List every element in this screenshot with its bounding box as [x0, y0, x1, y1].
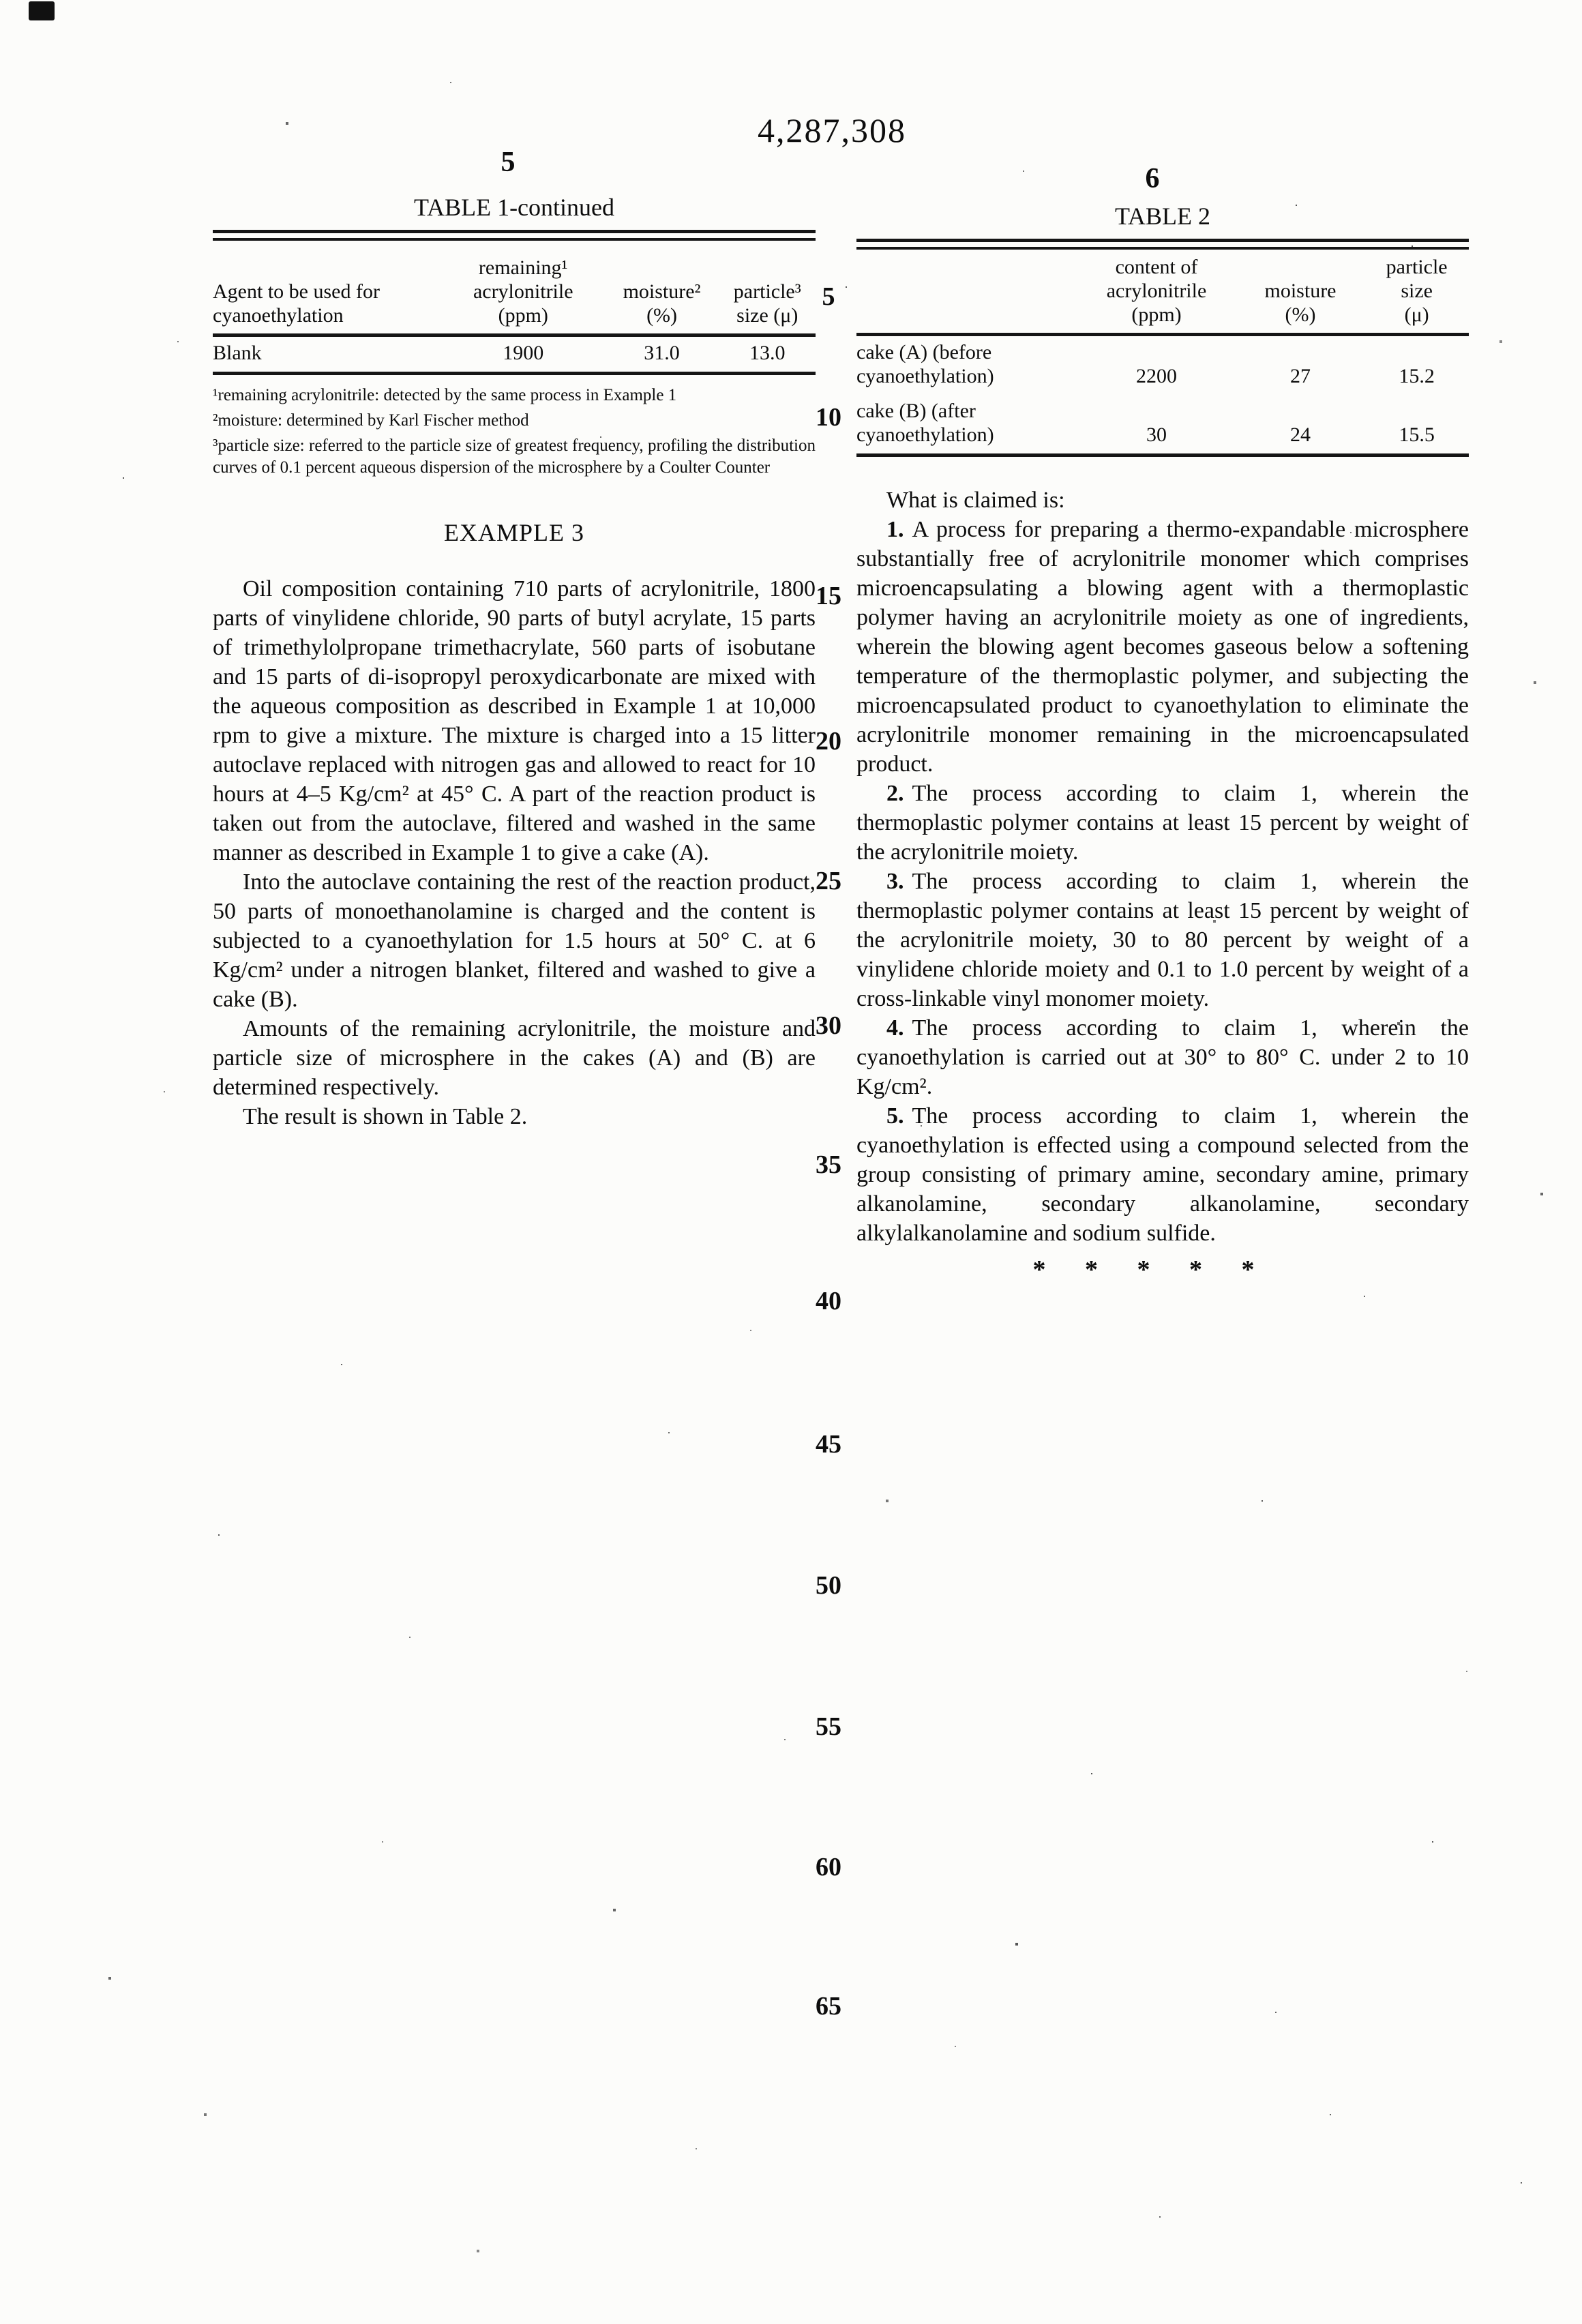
- claim-text: The process according to claim 1, wherei…: [856, 781, 1469, 865]
- table1-header-row: Agent to be used for cyanoethylation rem…: [213, 241, 816, 336]
- table1-header-line: cyanoethylation: [213, 303, 442, 327]
- claim-3: 3.The process according to claim 1, wher…: [856, 867, 1469, 1013]
- table1-header-moisture: moisture² (%): [605, 241, 719, 336]
- line-number: 65: [799, 1991, 858, 2021]
- table2: content of acrylonitrile (ppm) moisture …: [856, 250, 1469, 457]
- example3-paragraph: Oil composition containing 710 parts of …: [213, 574, 816, 867]
- claim-number: 3.: [886, 869, 912, 894]
- table2-header-acrylonitrile: content of acrylonitrile (ppm): [1077, 250, 1236, 335]
- line-number: 35: [799, 1150, 858, 1180]
- claims-intro: What is claimed is:: [856, 486, 1469, 515]
- table2-header-line: particle: [1364, 255, 1469, 279]
- claim-1: 1.A process for preparing a thermo-expan…: [856, 515, 1469, 779]
- claim-text: The process according to claim 1, wherei…: [856, 1015, 1469, 1099]
- table1-header-particle: particle³ size (μ): [719, 241, 816, 336]
- table2-row-cake-b: cake (B) (after cyanoethylation) 30 24 1…: [856, 395, 1469, 456]
- scan-speckle: [0, 0, 1, 1]
- claims-end-marker: * * * * *: [856, 1255, 1469, 1285]
- scan-corner-mark: [29, 1, 55, 20]
- table1-row-blank: Blank 1900 31.0 13.0: [213, 336, 816, 374]
- table2-cell-moisture: 24: [1236, 395, 1365, 456]
- line-number: 40: [799, 1286, 858, 1316]
- table1-cell-acrylonitrile: 1900: [442, 336, 605, 374]
- table2-cell-moisture: 27: [1236, 335, 1365, 396]
- table2-cell-acrylonitrile: 30: [1077, 395, 1236, 456]
- example3-heading: EXAMPLE 3: [213, 518, 816, 547]
- table2-header-moisture: moisture (%): [1236, 250, 1365, 335]
- example3-paragraph: Into the autoclave containing the rest o…: [213, 867, 816, 1014]
- table2-header-line: acrylonitrile: [1077, 279, 1236, 303]
- line-number: 60: [799, 1852, 858, 1882]
- table2-label-line: cyanoethylation): [856, 423, 1077, 447]
- table2-cell-label: cake (B) (after cyanoethylation): [856, 395, 1077, 456]
- table1-cell-moisture: 31.0: [605, 336, 719, 374]
- table2-header-particle: particle size (μ): [1364, 250, 1469, 335]
- table1-top-rule: [213, 230, 816, 241]
- table1-header-line: remaining¹: [442, 256, 605, 280]
- table2-header-empty: [856, 250, 1077, 335]
- table2-header-line: content of: [1077, 255, 1236, 279]
- example3-paragraph: Amounts of the remaining acrylonitrile, …: [213, 1014, 816, 1102]
- line-number: 45: [799, 1429, 858, 1459]
- claim-2: 2.The process according to claim 1, wher…: [856, 779, 1469, 867]
- patent-number: 4,287,308: [614, 110, 1050, 150]
- table2-cell-particle: 15.5: [1364, 395, 1469, 456]
- patent-page: 4,287,308 5 6 5 10 15 20 25 30 35 40 45 …: [0, 0, 1582, 2324]
- claim-4: 4.The process according to claim 1, wher…: [856, 1013, 1469, 1101]
- table1-footnotes: ¹remaining acrylonitrile: detected by th…: [213, 385, 816, 479]
- table1-header-line: (ppm): [442, 303, 605, 327]
- claim-text: A process for preparing a thermo-expanda…: [856, 517, 1469, 777]
- column-number-right: 6: [1122, 162, 1183, 195]
- right-column: TABLE 2 content of acrylonitrile (ppm) m…: [856, 202, 1469, 1285]
- table2-header-row: content of acrylonitrile (ppm) moisture …: [856, 250, 1469, 335]
- table1: Agent to be used for cyanoethylation rem…: [213, 241, 816, 375]
- table2-header-line: (%): [1236, 303, 1365, 327]
- table1-cell-particle: 13.0: [719, 336, 816, 374]
- line-number: 55: [799, 1712, 858, 1742]
- table1-header-line: size (μ): [719, 303, 816, 327]
- table1-footnote-3: ³particle size: referred to the particle…: [213, 435, 816, 479]
- claim-number: 1.: [886, 517, 912, 542]
- example3-paragraph: The result is shown in Table 2.: [213, 1102, 816, 1131]
- table1-header-line: moisture²: [605, 280, 719, 303]
- table2-top-rule: [856, 239, 1469, 250]
- claim-text: The process according to claim 1, wherei…: [856, 869, 1469, 1011]
- table1-header-line: (%): [605, 303, 719, 327]
- table2-header-line: moisture: [1236, 279, 1365, 303]
- claim-number: 5.: [886, 1103, 912, 1129]
- column-number-left: 5: [477, 146, 539, 179]
- table2-cell-label: cake (A) (before cyanoethylation): [856, 335, 1077, 396]
- claim-5: 5.The process according to claim 1, wher…: [856, 1101, 1469, 1248]
- table2-label-line: cake (A) (before: [856, 340, 1077, 364]
- line-number: 50: [799, 1570, 858, 1600]
- claim-number: 2.: [886, 781, 912, 806]
- table2-row-cake-a: cake (A) (before cyanoethylation) 2200 2…: [856, 335, 1469, 396]
- table2-label-line: cake (B) (after: [856, 399, 1077, 423]
- table1-footnote-2: ²moisture: determined by Karl Fischer me…: [213, 410, 816, 432]
- table1-header-acrylonitrile: remaining¹ acrylonitrile (ppm): [442, 241, 605, 336]
- table1-cell-agent: Blank: [213, 336, 442, 374]
- left-column: TABLE 1-continued Agent to be used for c…: [213, 193, 816, 1131]
- table2-title: TABLE 2: [856, 202, 1469, 230]
- table1-header-line: acrylonitrile: [442, 280, 605, 303]
- table2-label-line: cyanoethylation): [856, 364, 1077, 388]
- table2-header-line: (ppm): [1077, 303, 1236, 327]
- table1-header-line: Agent to be used for: [213, 280, 442, 303]
- claim-number: 4.: [886, 1015, 912, 1041]
- table2-header-line: (μ): [1364, 303, 1469, 327]
- table2-cell-acrylonitrile: 2200: [1077, 335, 1236, 396]
- table2-header-line: size: [1364, 279, 1469, 303]
- table1-title: TABLE 1-continued: [213, 193, 816, 222]
- table1-header-line: particle³: [719, 280, 816, 303]
- claim-text: The process according to claim 1, wherei…: [856, 1103, 1469, 1246]
- table2-cell-particle: 15.2: [1364, 335, 1469, 396]
- table1-footnote-1: ¹remaining acrylonitrile: detected by th…: [213, 385, 816, 406]
- table1-header-agent: Agent to be used for cyanoethylation: [213, 241, 442, 336]
